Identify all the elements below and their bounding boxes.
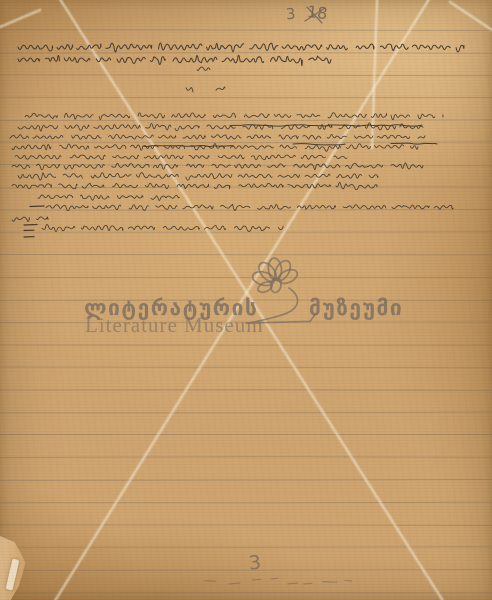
page-number-crossed-out: 18 xyxy=(306,4,328,22)
page-number-bottom: 3 xyxy=(248,553,262,573)
page-number-top: 3 xyxy=(285,7,296,23)
manuscript-page: ლიტერატურის მუზეუმი Literature Museum 3 … xyxy=(0,0,492,600)
handwriting-ink-layer xyxy=(0,0,492,600)
